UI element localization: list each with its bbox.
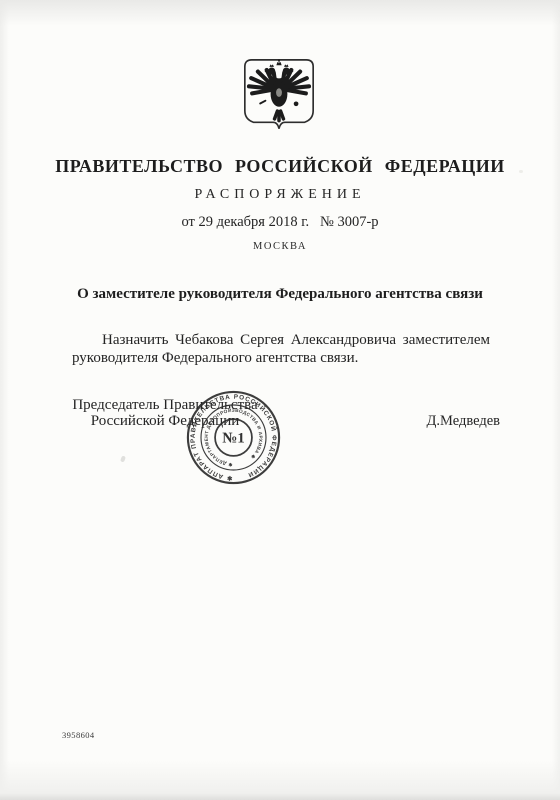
date-and-number-line: от 29 декабря 2018 г. № 3007-р: [0, 214, 560, 231]
doc-type-heading: РАСПОРЯЖЕНИЕ: [0, 187, 560, 203]
body-line: руководителя Федерального агентства связ…: [72, 350, 490, 367]
coat-of-arms-icon: [238, 55, 320, 137]
footer-print-number: 3958604: [62, 730, 95, 740]
scan-artifact: [444, 421, 447, 424]
signer-name: Д.Медведев: [426, 413, 500, 430]
city-label: МОСКВА: [0, 241, 560, 252]
stamp-number: №1: [222, 430, 245, 446]
body-line: Назначить Чебакова Сергея Александровича…: [72, 332, 490, 349]
org-name: ПРАВИТЕЛЬСТВО РОССИЙСКОЙ ФЕДЕРАЦИИ: [0, 156, 560, 177]
scan-artifact: [120, 455, 126, 462]
scan-artifact: [519, 170, 523, 173]
double-headed-eagle-icon: [247, 59, 312, 122]
scanned-document-page: ПРАВИТЕЛЬСТВО РОССИЙСКОЙ ФЕДЕРАЦИИ РАСПО…: [0, 0, 560, 800]
official-round-stamp: ✱ АППАРАТ ПРАВИТЕЛЬСТВА РОССИЙСКОЙ ФЕДЕР…: [185, 389, 282, 486]
body-paragraph: Назначить Чебакова Сергея Александровича…: [72, 332, 490, 367]
document-title: О заместителе руководителя Федерального …: [0, 286, 560, 303]
